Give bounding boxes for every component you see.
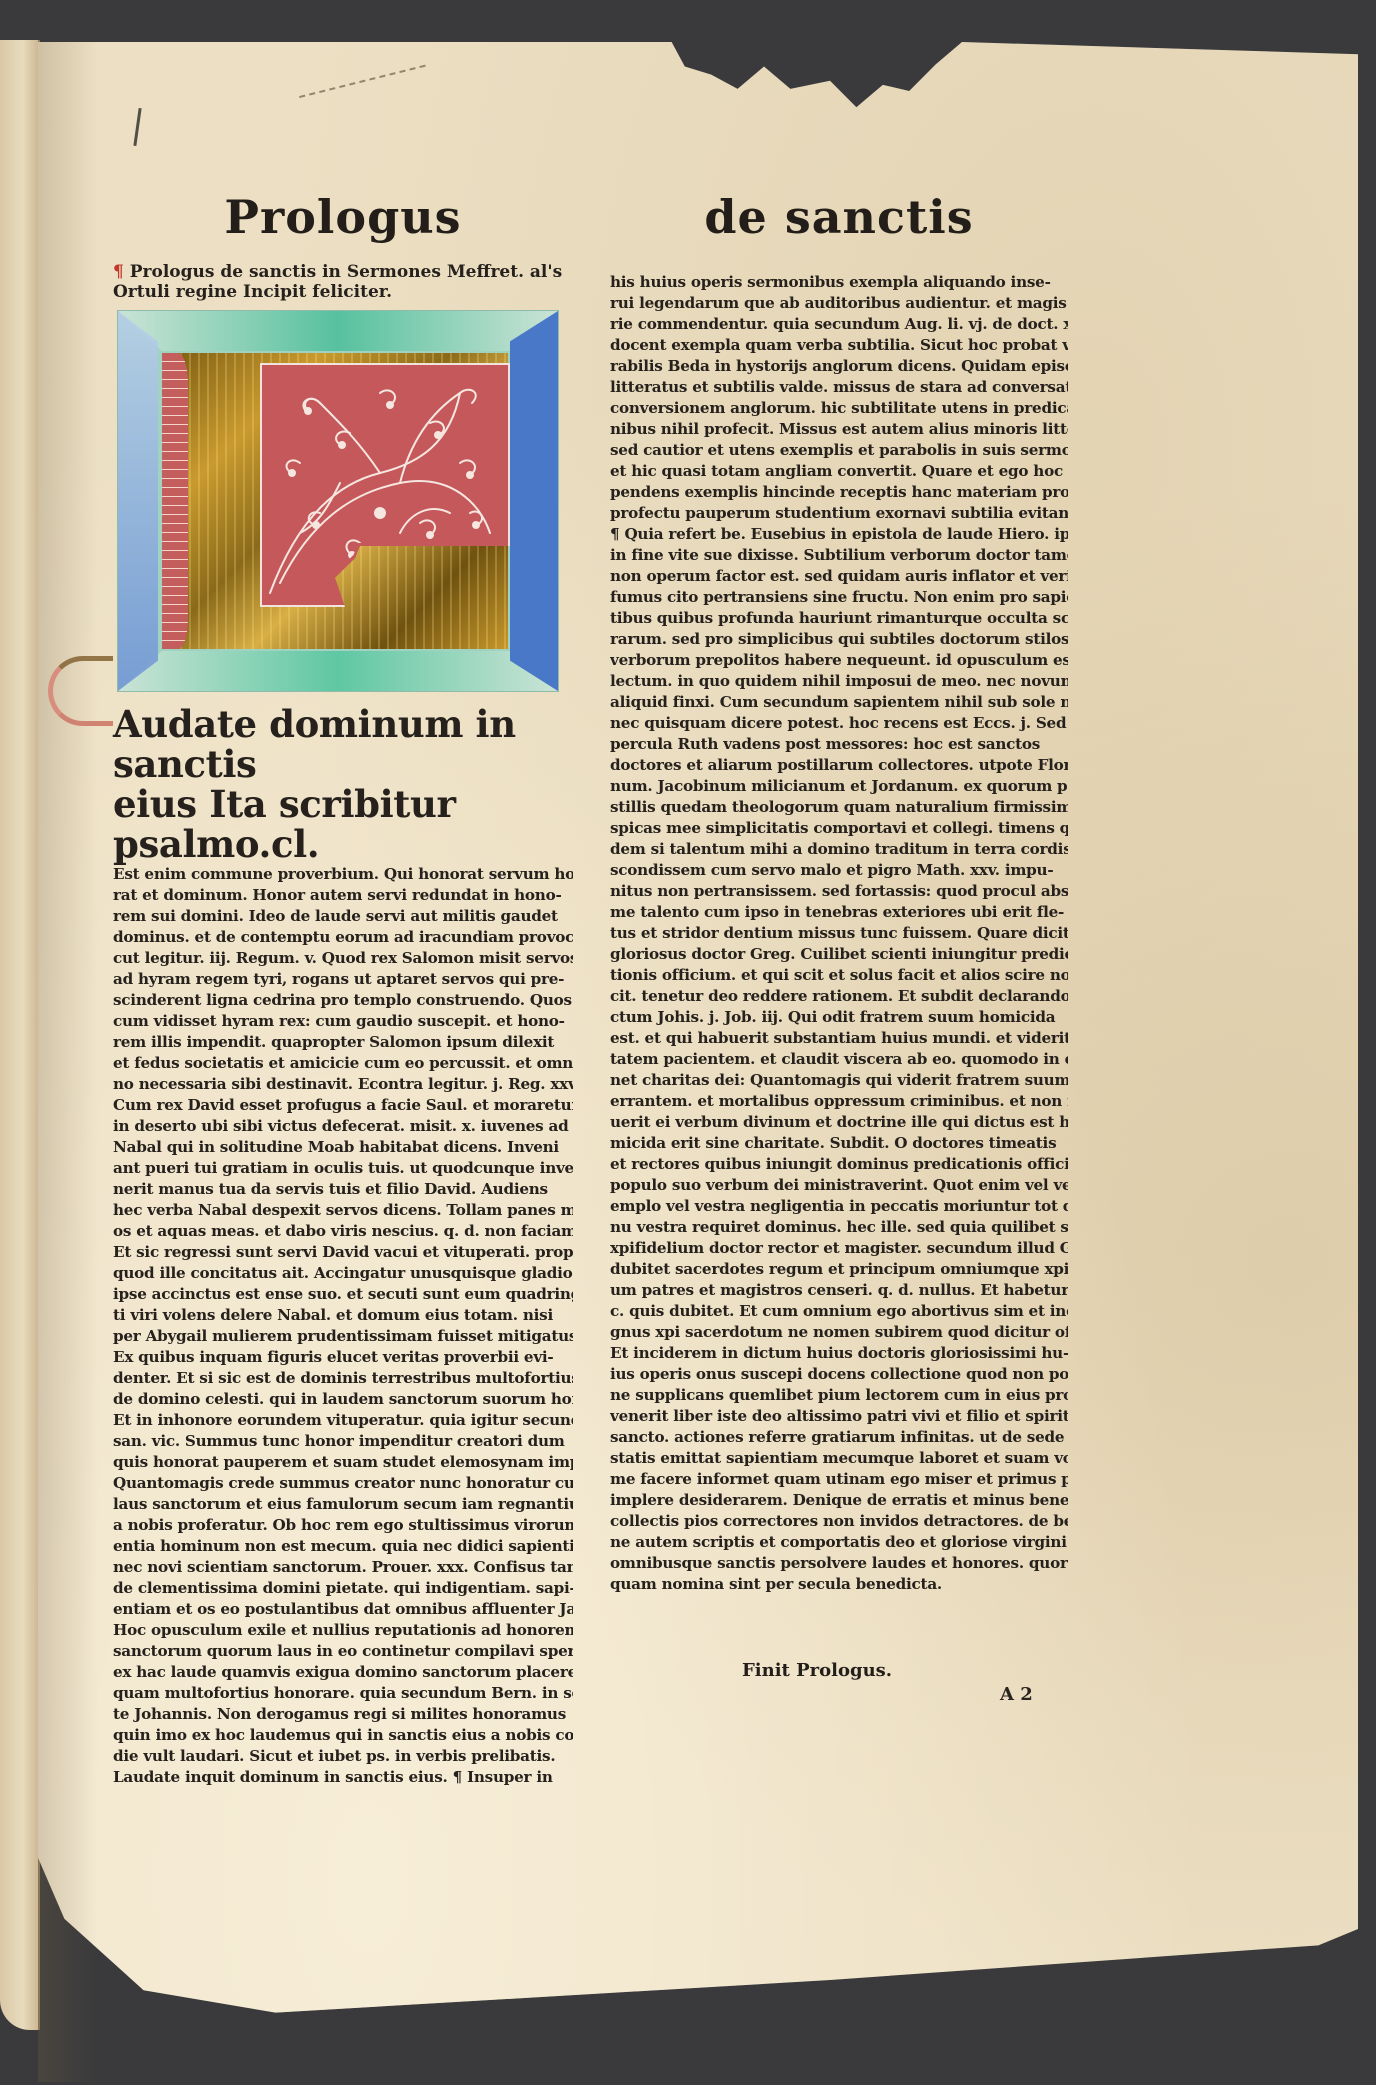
- text-line: ¶ Quia refert be. Eusebius in epistola d…: [610, 524, 1068, 545]
- text-line: rui legendarum que ab auditoribus audien…: [610, 293, 1068, 314]
- text-line: in deserto ubi sibi victus defecerat. mi…: [113, 1116, 573, 1137]
- text-line: nec novi scientiam sanctorum. Prouer. xx…: [113, 1557, 573, 1578]
- frame-green-top: [118, 311, 558, 351]
- running-head-left: Prologus: [113, 180, 573, 254]
- right-body-text: his huius operis sermonibus exempla aliq…: [610, 272, 1068, 1595]
- incipit: ¶ Prologus de sanctis in Sermones Meffre…: [113, 262, 573, 302]
- text-line: Nabal qui in solitudine Moab habitabat d…: [113, 1137, 573, 1158]
- text-line: laus sanctorum et eius famulorum secum i…: [113, 1494, 573, 1515]
- text-line: fumus cito pertransiens sine fructu. Non…: [610, 587, 1068, 608]
- text-line: quam multofortius honorare. quia secundu…: [113, 1683, 573, 1704]
- text-line: Hoc opusculum exile et nullius reputatio…: [113, 1620, 573, 1641]
- text-line: tatem pacientem. et claudit viscera ab e…: [610, 1049, 1068, 1070]
- text-line: te Johannis. Non derogamus regi si milit…: [113, 1704, 573, 1725]
- frame-blue-right: [510, 311, 558, 691]
- text-line: ne autem scriptis et comportatis deo et …: [610, 1532, 1068, 1553]
- text-line: populo suo verbum dei ministraverint. Qu…: [610, 1175, 1068, 1196]
- text-line: denter. Et si sic est de dominis terrest…: [113, 1368, 573, 1389]
- text-line: um patres et magistros censeri. q. d. nu…: [610, 1280, 1068, 1301]
- text-line: Quantomagis crede summus creator nunc ho…: [113, 1473, 573, 1494]
- text-line: me talento cum ipso in tenebras exterior…: [610, 902, 1068, 923]
- text-line: his huius operis sermonibus exempla aliq…: [610, 272, 1068, 293]
- text-line: a nobis proferatur. Ob hoc rem ego stult…: [113, 1515, 573, 1536]
- text-line: dem si talentum mihi a domino traditum i…: [610, 839, 1068, 860]
- text-line: ipse accinctus est ense suo. et secuti s…: [113, 1284, 573, 1305]
- text-line: quin imo ex hoc laudemus qui in sanctis …: [113, 1725, 573, 1746]
- text-line: Cum rex David esset profugus a facie Sau…: [113, 1095, 573, 1116]
- text-line: no necessaria sibi destinavit. Econtra l…: [113, 1074, 573, 1095]
- text-line: Et inciderem in dictum huius doctoris gl…: [610, 1343, 1068, 1364]
- text-line: Est enim commune proverbium. Qui honorat…: [113, 864, 573, 885]
- text-line: percula Ruth vadens post messores: hoc e…: [610, 734, 1068, 755]
- text-line: profectu pauperum studentium exornavi su…: [610, 503, 1068, 524]
- text-line: nitus non pertransissem. sed fortassis: …: [610, 881, 1068, 902]
- text-line: dominus. et de contemptu eorum ad iracun…: [113, 927, 573, 948]
- text-line: per Abygail mulierem prudentissimam fuis…: [113, 1326, 573, 1347]
- text-line: num. Jacobinum milicianum et Jordanum. e…: [610, 776, 1068, 797]
- text-line: ctum Johis. j. Job. iij. Qui odit fratre…: [610, 1007, 1068, 1028]
- text-line: spicas mee simplicitatis comportavi et c…: [610, 818, 1068, 839]
- text-line: ad hyram regem tyri, rogans ut aptaret s…: [113, 969, 573, 990]
- opening-line: eius Ita scribitur psalmo.cl.: [113, 784, 573, 864]
- text-line: xpifidelium doctor rector et magister. s…: [610, 1238, 1068, 1259]
- text-line: cum vidisset hyram rex: cum gaudio susce…: [113, 1011, 573, 1032]
- text-line: scinderent ligna cedrina pro templo cons…: [113, 990, 573, 1011]
- text-line: entia hominum non est mecum. quia nec di…: [113, 1536, 573, 1557]
- text-line: collectis pios correctores non invidos d…: [610, 1511, 1068, 1532]
- text-line: sancto. actiones referre gratiarum infin…: [610, 1427, 1068, 1448]
- text-line: me facere informet quam utinam ego miser…: [610, 1469, 1068, 1490]
- text-line: lectum. in quo quidem nihil imposui de m…: [610, 671, 1068, 692]
- text-line: micida erit sine charitate. Subdit. O do…: [610, 1133, 1068, 1154]
- text-line: tus et stridor dentium missus tunc fuiss…: [610, 923, 1068, 944]
- opening-line: Audate dominum in sanctis: [113, 704, 573, 784]
- text-line: doctores et aliarum postillarum collecto…: [610, 755, 1068, 776]
- text-line: implere desiderarem. Denique de erratis …: [610, 1490, 1068, 1511]
- facing-page-edge: [0, 40, 40, 2030]
- text-line: sanctorum quorum laus in eo continetur c…: [113, 1641, 573, 1662]
- text-line: aliquid finxi. Cum secundum sapientem ni…: [610, 692, 1068, 713]
- text-line: sed cautior et utens exemplis et parabol…: [610, 440, 1068, 461]
- text-line: os et aquas meas. et dabo viris nescius.…: [113, 1221, 573, 1242]
- incipit-line: Ortuli regine Incipit feliciter.: [113, 282, 392, 302]
- text-line: non operum factor est. sed quidam auris …: [610, 566, 1068, 587]
- opening-text: Audate dominum in sanctis eius Ita scrib…: [113, 704, 573, 864]
- text-line: ti viri volens delere Nabal. et domum ei…: [113, 1305, 573, 1326]
- explicit-finit-prologus: Finit Prologus.: [742, 1660, 892, 1681]
- frame-blue-left: [118, 311, 158, 691]
- text-line: tibus quibus profunda hauriunt rimanturq…: [610, 608, 1068, 629]
- text-line: ne supplicans quemlibet pium lectorem cu…: [610, 1385, 1068, 1406]
- text-line: quod ille concitatus ait. Accingatur unu…: [113, 1263, 573, 1284]
- text-line: est. et qui habuerit substantiam huius m…: [610, 1028, 1068, 1049]
- text-line: hec verba Nabal despexit servos dicens. …: [113, 1200, 573, 1221]
- frame-green-bottom: [118, 651, 558, 691]
- text-line: Et sic regressi sunt servi David vacui e…: [113, 1242, 573, 1263]
- running-head-right: de sanctis: [610, 180, 1068, 254]
- text-line: de clementissima domini pietate. qui ind…: [113, 1578, 573, 1599]
- text-line: et rectores quibus iniungit dominus pred…: [610, 1154, 1068, 1175]
- pilcrow-icon: ¶: [113, 262, 124, 282]
- text-line: quis honorat pauperem et suam studet ele…: [113, 1452, 573, 1473]
- text-line: statis emittat sapientiam mecumque labor…: [610, 1448, 1068, 1469]
- text-line: gloriosus doctor Greg. Cuilibet scienti …: [610, 944, 1068, 965]
- text-line: uerit ei verbum divinum et doctrine ille…: [610, 1112, 1068, 1133]
- text-line: litteratus et subtilis valde. missus de …: [610, 377, 1068, 398]
- text-line: pendens exemplis hincinde receptis hanc …: [610, 482, 1068, 503]
- text-line: Ex quibus inquam figuris elucet veritas …: [113, 1347, 573, 1368]
- text-line: in fine vite sue dixisse. Subtilium verb…: [610, 545, 1068, 566]
- text-line: docent exempla quam verba subtilia. Sicu…: [610, 335, 1068, 356]
- text-line: stillis quedam theologorum quam naturali…: [610, 797, 1068, 818]
- text-line: rem sui domini. Ideo de laude servi aut …: [113, 906, 573, 927]
- text-line: errantem. et mortalibus oppressum crimin…: [610, 1091, 1068, 1112]
- text-line: conversionem anglorum. hic subtilitate u…: [610, 398, 1068, 419]
- text-line: die vult laudari. Sicut et iubet ps. in …: [113, 1746, 573, 1767]
- text-line: et hic quasi totam angliam convertit. Qu…: [610, 461, 1068, 482]
- text-line: quam nomina sint per secula benedicta.: [610, 1574, 1068, 1595]
- text-line: Laudate inquit dominum in sanctis eius. …: [113, 1767, 573, 1788]
- red-side-bar: [162, 353, 188, 649]
- text-line: nibus nihil profecit. Missus est autem a…: [610, 419, 1068, 440]
- incipit-line: Prologus de sanctis in Sermones Meffret.…: [130, 262, 562, 282]
- text-line: rabilis Beda in hystorijs anglorum dicen…: [610, 356, 1068, 377]
- text-line: ius operis onus suscepi docens collectio…: [610, 1364, 1068, 1385]
- text-line: scondissem cum servo malo et pigro Math.…: [610, 860, 1068, 881]
- text-line: ant pueri tui gratiam in oculis tuis. ut…: [113, 1158, 573, 1179]
- right-column: de sanctis his huius operis sermonibus e…: [610, 180, 1068, 1595]
- text-line: net charitas dei: Quantomagis qui videri…: [610, 1070, 1068, 1091]
- text-line: cut legitur. iij. Regum. v. Quod rex Sal…: [113, 948, 573, 969]
- text-line: rarum. sed pro simplicibus qui subtiles …: [610, 629, 1068, 650]
- text-line: nerit manus tua da servis tuis et filio …: [113, 1179, 573, 1200]
- text-line: entiam et os eo postulantibus dat omnibu…: [113, 1599, 573, 1620]
- text-line: rem illis impendit. quapropter Salomon i…: [113, 1032, 573, 1053]
- text-line: Et in inhonore eorundem vituperatur. qui…: [113, 1410, 573, 1431]
- text-line: venerit liber iste deo altissimo patri v…: [610, 1406, 1068, 1427]
- text-line: ex hac laude quamvis exigua domino sanct…: [113, 1662, 573, 1683]
- text-line: gnus xpi sacerdotum ne nomen subirem quo…: [610, 1322, 1068, 1343]
- left-body-text: Est enim commune proverbium. Qui honorat…: [113, 864, 573, 1788]
- text-line: de domino celesti. qui in laudem sanctor…: [113, 1389, 573, 1410]
- text-line: rat et dominum. Honor autem servi redund…: [113, 885, 573, 906]
- text-line: c. quis dubitet. Et cum omnium ego abort…: [610, 1301, 1068, 1322]
- left-column: Prologus ¶ Prologus de sanctis in Sermon…: [113, 180, 573, 1788]
- signature-mark: A 2: [1000, 1684, 1033, 1705]
- text-line: et fedus societatis et amicicie cum eo p…: [113, 1053, 573, 1074]
- text-line: rie commendentur. quia secundum Aug. li.…: [610, 314, 1068, 335]
- text-line: dubitet sacerdotes regum et principum om…: [610, 1259, 1068, 1280]
- text-line: omnibusque sanctis persolvere laudes et …: [610, 1553, 1068, 1574]
- text-line: emplo vel vestra negligentia in peccatis…: [610, 1196, 1068, 1217]
- text-line: nu vestra requiret dominus. hec ille. se…: [610, 1217, 1068, 1238]
- text-line: tionis officium. et qui scit et solus fa…: [610, 965, 1068, 986]
- text-line: nec quisquam dicere potest. hoc recens e…: [610, 713, 1068, 734]
- illuminated-initial: [117, 310, 559, 692]
- text-line: verborum prepolitos habere nequeunt. id …: [610, 650, 1068, 671]
- text-line: cit. tenetur deo reddere rationem. Et su…: [610, 986, 1068, 1007]
- text-line: san. vic. Summus tunc honor impenditur c…: [113, 1431, 573, 1452]
- marginal-flourish-icon: [48, 656, 113, 726]
